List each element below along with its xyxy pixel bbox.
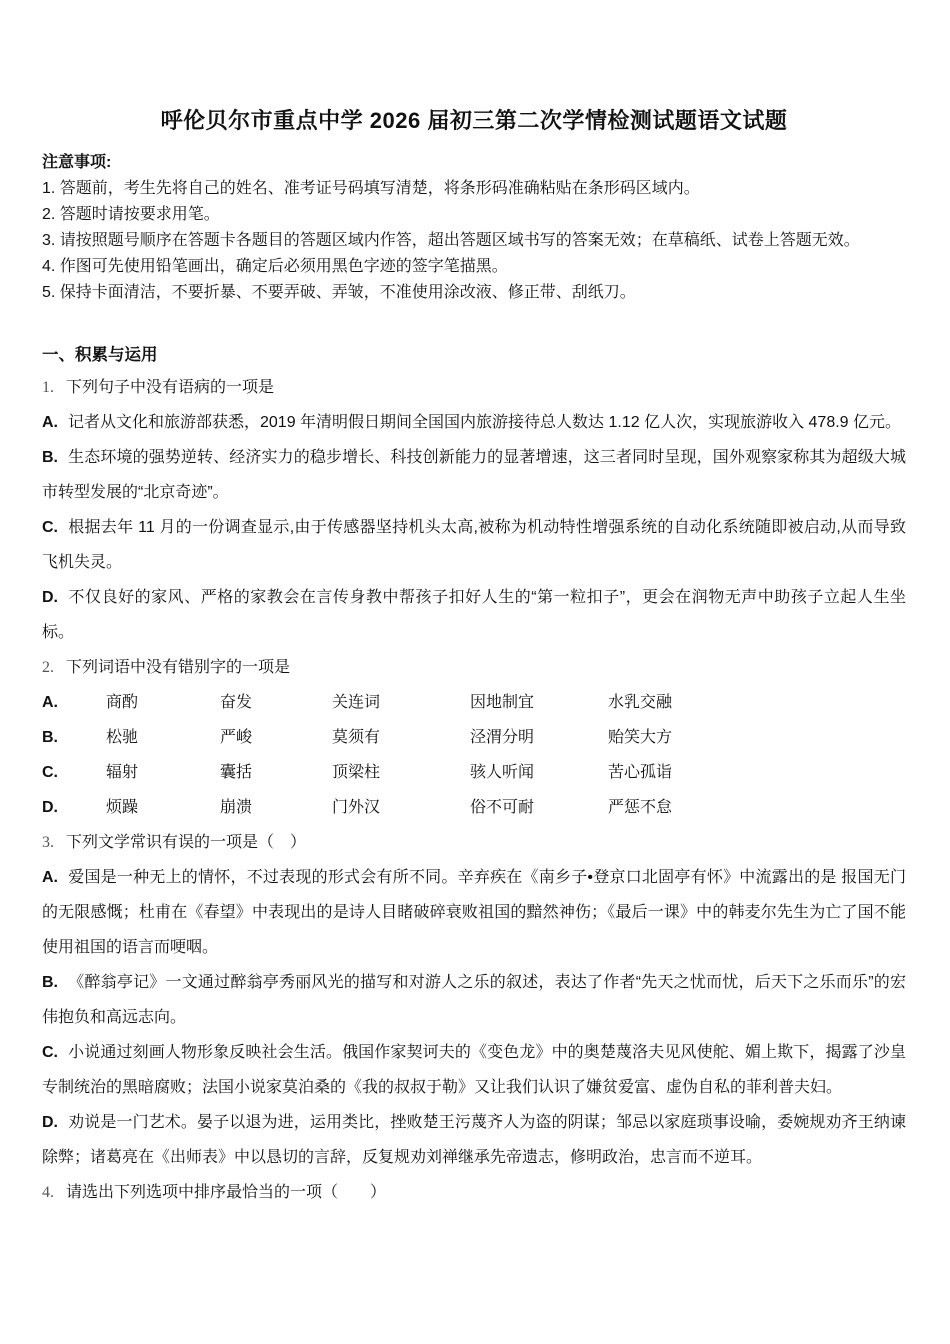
word: 关连词 (332, 685, 470, 720)
word: 奋发 (220, 685, 332, 720)
question-2-stem: 2.下列词语中没有错别字的一项是 (42, 650, 906, 685)
question-2-option-a: A.商酌奋发关连词因地制宜水乳交融 (42, 685, 906, 720)
option-c-label: C. (42, 755, 106, 790)
option-a-label: A. (42, 869, 68, 886)
question-3-stem: 3.下列文学常识有误的一项是（ ） (42, 825, 906, 860)
question-4: 4.请选出下列选项中排序最恰当的一项（ ） (42, 1175, 906, 1210)
question-1-option-a: A.记者从文化和旅游部获悉，2019 年清明假日期间全国国内旅游接待总人数达 1… (42, 405, 906, 440)
word: 松驰 (106, 720, 220, 755)
question-3-option-d: D.劝说是一门艺术。晏子以退为进，运用类比，挫败楚王污蔑齐人为盗的阴谋；邹忌以家… (42, 1105, 906, 1175)
question-2-option-c: C.辐射囊括顶梁柱骇人听闻苦心孤诣 (42, 755, 906, 790)
question-1-option-d: D.不仅良好的家风、严格的家教会在言传身教中帮孩子扣好人生的“第一粒扣子”，更会… (42, 580, 906, 650)
question-2-stem-text: 下列词语中没有错别字的一项是 (66, 659, 290, 676)
word: 泾渭分明 (470, 720, 608, 755)
word: 严峻 (220, 720, 332, 755)
option-a-text: 爱国是一种无上的情怀，不过表现的形式会有所不同。辛弃疾在《南乡子•登京口北固亭有… (42, 869, 906, 956)
exam-paper-page: 呼伦贝尔市重点中学 2026 届初三第二次学情检测试题语文试题 注意事项: 1.… (0, 0, 950, 1344)
option-a-label: A. (42, 414, 68, 431)
word: 囊括 (220, 755, 332, 790)
notice-item-3: 3. 请按照题号顺序在答题卡各题目的答题区域内作答，超出答题区域书写的答案无效；… (42, 228, 906, 254)
question-4-number: 4. (42, 1184, 66, 1201)
word: 苦心孤诣 (608, 755, 672, 790)
option-d-label: D. (42, 1114, 68, 1131)
option-c-text: 小说通过刻画人物形象反映社会生活。俄国作家契诃夫的《变色龙》中的奥楚蔑洛夫见风使… (42, 1044, 906, 1096)
word: 骇人听闻 (470, 755, 608, 790)
word: 严惩不怠 (608, 790, 672, 825)
word: 门外汉 (332, 790, 470, 825)
notice-item-4: 4. 作图可先使用铅笔画出，确定后必须用黑色字迹的签字笔描黑。 (42, 254, 906, 280)
question-4-stem-text: 请选出下列选项中排序最恰当的一项（ ） (66, 1184, 386, 1201)
question-2-number: 2. (42, 659, 66, 676)
question-1: 1.下列句子中没有语病的一项是 A.记者从文化和旅游部获悉，2019 年清明假日… (42, 370, 906, 650)
question-2-option-b: B.松驰严峻莫须有泾渭分明贻笑大方 (42, 720, 906, 755)
word: 俗不可耐 (470, 790, 608, 825)
option-a-text: 记者从文化和旅游部获悉，2019 年清明假日期间全国国内旅游接待总人数达 1.1… (68, 414, 901, 431)
option-b-label: B. (42, 974, 68, 991)
question-1-stem: 1.下列句子中没有语病的一项是 (42, 370, 906, 405)
word: 水乳交融 (608, 685, 672, 720)
option-b-text: 《醉翁亭记》一文通过醉翁亭秀丽风光的描写和对游人之乐的叙述，表达了作者“先天之忧… (42, 974, 906, 1026)
question-3-option-c: C.小说通过刻画人物形象反映社会生活。俄国作家契诃夫的《变色龙》中的奥楚蔑洛夫见… (42, 1035, 906, 1105)
question-1-option-b: B.生态环境的强势逆转、经济实力的稳步增长、科技创新能力的显著增速，这三者同时呈… (42, 440, 906, 510)
page-title: 呼伦贝尔市重点中学 2026 届初三第二次学情检测试题语文试题 (42, 106, 906, 136)
option-b-label: B. (42, 449, 68, 466)
question-1-option-c: C.根据去年 11 月的一份调查显示,由于传感器坚持机头太高,被称为机动特性增强… (42, 510, 906, 580)
word: 顶梁柱 (332, 755, 470, 790)
question-3-number: 3. (42, 834, 66, 851)
word: 贻笑大方 (608, 720, 672, 755)
word: 因地制宜 (470, 685, 608, 720)
option-d-text: 劝说是一门艺术。晏子以退为进，运用类比，挫败楚王污蔑齐人为盗的阴谋；邹忌以家庭琐… (42, 1114, 906, 1166)
question-3-option-a: A.爱国是一种无上的情怀，不过表现的形式会有所不同。辛弃疾在《南乡子•登京口北固… (42, 860, 906, 965)
option-c-label: C. (42, 1044, 68, 1061)
word: 崩溃 (220, 790, 332, 825)
option-c-label: C. (42, 519, 68, 536)
question-3-option-b: B.《醉翁亭记》一文通过醉翁亭秀丽风光的描写和对游人之乐的叙述，表达了作者“先天… (42, 965, 906, 1035)
notice-item-5: 5. 保持卡面清洁，不要折暴、不要弄破、弄皱，不准使用涂改液、修正带、刮纸刀。 (42, 280, 906, 306)
option-c-text: 根据去年 11 月的一份调查显示,由于传感器坚持机头太高,被称为机动特性增强系统… (42, 519, 906, 571)
notice-section: 注意事项: 1. 答题前，考生先将自己的姓名、准考证号码填写清楚，将条形码准确粘… (42, 150, 906, 306)
option-b-text: 生态环境的强势逆转、经济实力的稳步增长、科技创新能力的显著增速，这三者同时呈现，… (42, 449, 906, 501)
question-3-stem-text: 下列文学常识有误的一项是（ ） (66, 834, 306, 851)
word: 商酌 (106, 685, 220, 720)
option-d-text: 不仅良好的家风、严格的家教会在言传身教中帮孩子扣好人生的“第一粒扣子”，更会在润… (42, 589, 906, 641)
notice-heading: 注意事项: (42, 150, 906, 176)
option-d-label: D. (42, 589, 68, 606)
notice-item-1: 1. 答题前，考生先将自己的姓名、准考证号码填写清楚，将条形码准确粘贴在条形码区… (42, 176, 906, 202)
notice-item-2: 2. 答题时请按要求用笔。 (42, 202, 906, 228)
section-heading: 一、积累与运用 (42, 340, 906, 370)
question-2-option-d: D.烦躁崩溃门外汉俗不可耐严惩不怠 (42, 790, 906, 825)
word: 烦躁 (106, 790, 220, 825)
question-3: 3.下列文学常识有误的一项是（ ） A.爱国是一种无上的情怀，不过表现的形式会有… (42, 825, 906, 1175)
word: 辐射 (106, 755, 220, 790)
option-d-label: D. (42, 790, 106, 825)
word: 莫须有 (332, 720, 470, 755)
question-4-stem: 4.请选出下列选项中排序最恰当的一项（ ） (42, 1175, 906, 1210)
question-1-stem-text: 下列句子中没有语病的一项是 (66, 379, 274, 396)
option-a-label: A. (42, 685, 106, 720)
question-2: 2.下列词语中没有错别字的一项是 A.商酌奋发关连词因地制宜水乳交融 B.松驰严… (42, 650, 906, 825)
option-b-label: B. (42, 720, 106, 755)
question-1-number: 1. (42, 379, 66, 396)
